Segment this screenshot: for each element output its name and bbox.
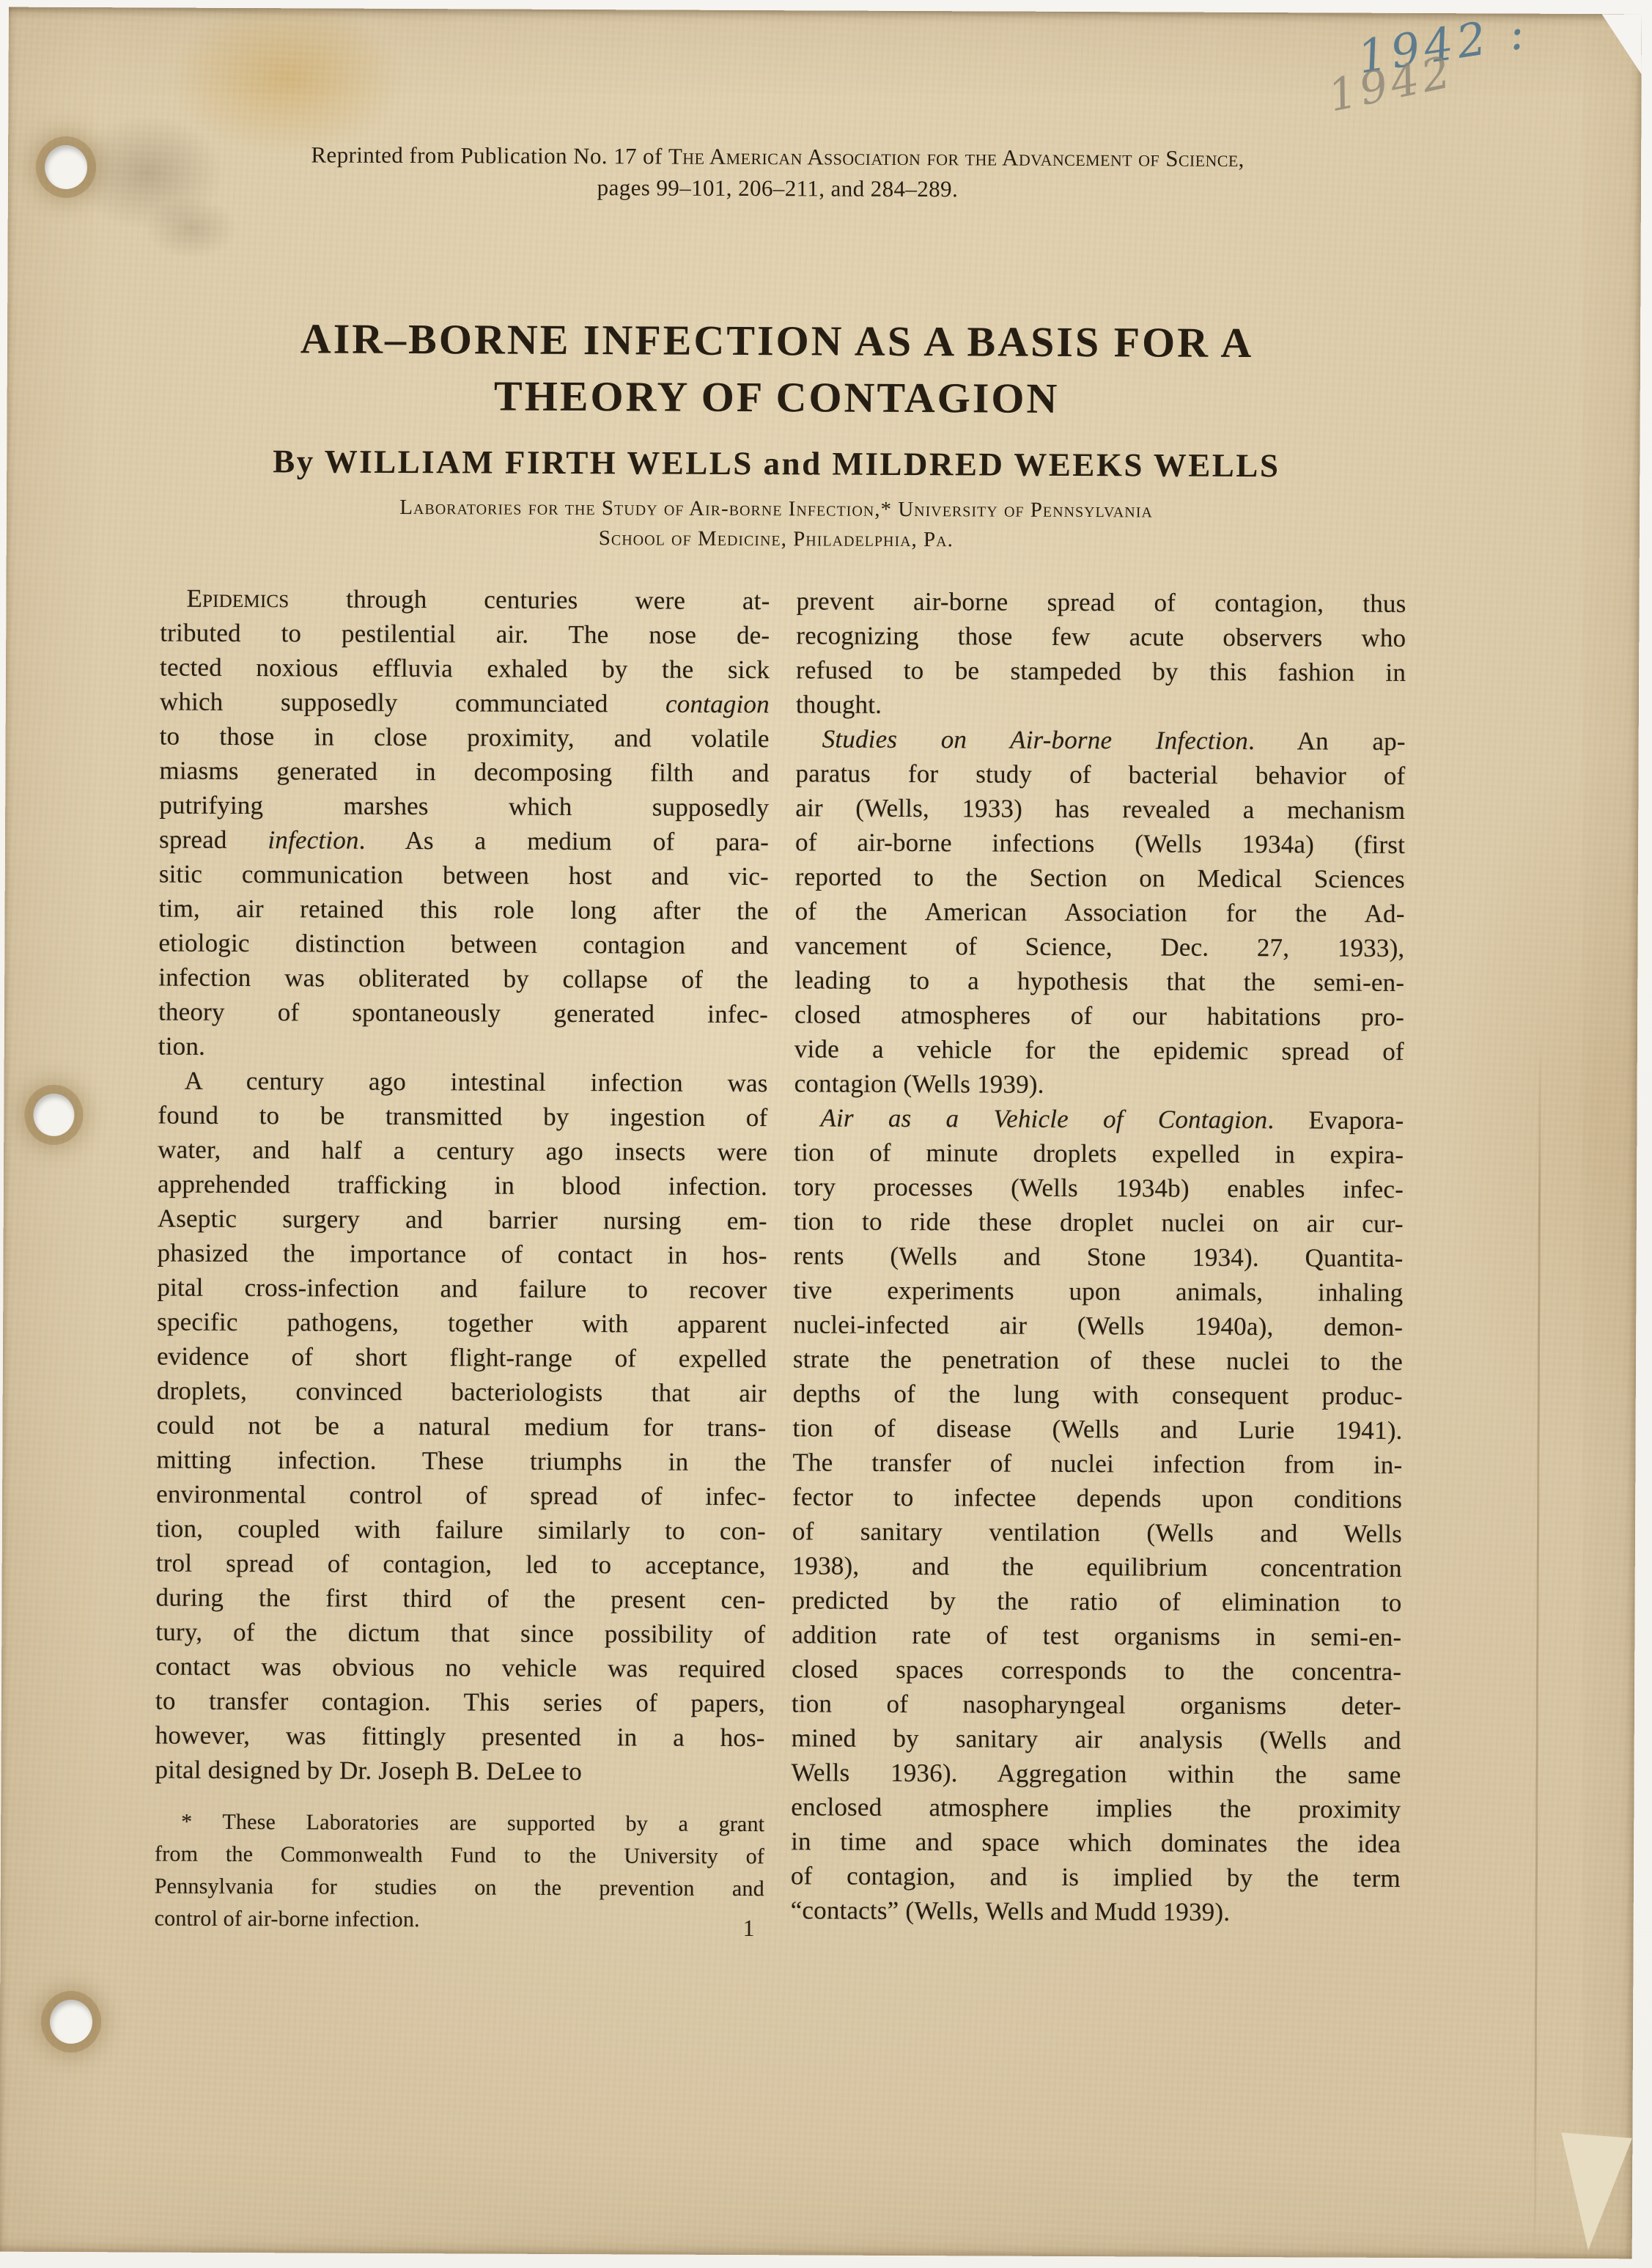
scanner-background: { "document": { "annotations": { "ink_ye… [0,0,1652,2268]
paper-crease [1534,1033,1541,2258]
text-line: paratus for study of bacterial behavior … [795,756,1405,793]
text-line: prevent air-borne spread of contagion, t… [796,583,1406,621]
text-line: tected noxious effluvia exhaled by the s… [160,650,770,688]
punch-hole-middle [33,1094,74,1136]
text-line: which supposedly communciated contagion [160,685,770,722]
punch-hole-top [45,145,87,189]
article-title-line1: AIR–BORNE INFECTION AS A BASIS FOR A [132,309,1422,372]
text-line: tim, air retained this role long after t… [159,891,769,929]
article-title-line2: THEORY OF CONTAGION [132,366,1422,428]
text-line: tion to ride these droplet nuclei on air… [794,1204,1404,1241]
text-line: pital designed by Dr. Joseph B. DeLee to [155,1753,764,1790]
text-line: of air-borne infections (Wells 1934a) (f… [795,825,1405,862]
reprint-notice-line2: pages 99–101, 206–211, and 284–289. [133,169,1423,207]
text-line: recognizing those few acute observers wh… [796,618,1406,655]
text-line: leading to a hypothesis that the semi-en… [794,962,1404,1000]
text-line: tion of minute droplets expelled in expi… [794,1135,1404,1172]
text-line: rents (Wells and Stone 1934). Quantita- [793,1238,1403,1275]
text-line: refused to be stampeded by this fashion … [796,652,1406,690]
text-line: droplets, convinced bacteriologists that… [157,1374,767,1411]
text-line: miasms generated in decomposing filth an… [159,754,769,791]
text-line: evidence of short flight-range of expell… [157,1339,767,1377]
text-line: tributed to pestilential air. The nose d… [160,616,770,653]
text-line: to those in close proximity, and volatil… [160,719,770,756]
text-line: pital cross-infection and failure to rec… [157,1270,767,1308]
paragraph: A century ago intestinal infection wasfo… [155,1064,767,1790]
reprint-notice-line1: Reprinted from Publication No. 17 of The… [133,138,1423,175]
text-line: Aseptic surgery and barrier nursing em- [158,1201,767,1239]
text-line: apprehended trafficking in blood infecti… [158,1167,767,1204]
text-line: spread infection. As a medium of para- [159,822,769,860]
text-line: contact was obvious no vehicle was requi… [155,1649,765,1687]
text-line: vancement of Science, Dec. 27, 1933), [794,928,1404,965]
text-line: during the first third of the present ce… [155,1580,765,1618]
tape-repair-triangle [1555,2122,1636,2254]
text-line: strate the penetration of these nuclei t… [793,1341,1403,1379]
text-line: phasized the importance of contact in ho… [158,1236,767,1273]
scanned-page: 1942 : 1942 Reprinted from Publication N… [0,7,1642,2259]
text-line: infection was obliterated by collapse of… [158,960,768,998]
text-line: to transfer contagion. This series of pa… [155,1684,765,1721]
text-line: * These Laboratories are supported by a … [155,1806,764,1841]
paragraph: Studies on Air-borne Infection. An ap-pa… [794,721,1406,1103]
body-text: Epidemics through centuries were at-trib… [155,581,1406,1940]
text-line: of contagion, and is implied by the term [791,1858,1401,1896]
affiliation-line2: School of Medicine, Philadelphia, Pa. [131,521,1421,557]
text-line: closed atmospheres of our habitations pr… [794,997,1404,1034]
byline: By WILLIAM FIRTH WELLS and MILDRED WEEKS… [131,441,1421,485]
text-line: Pennsylvania for studies on the preventi… [155,1871,764,1906]
article-title: AIR–BORNE INFECTION AS A BASIS FOR A THE… [132,309,1423,428]
text-line: found to be transmitted by ingestion of [158,1098,767,1135]
text-line: tion of disease (Wells and Lurie 1941). [792,1410,1402,1448]
text-line: etiologic distinction between contagion … [158,926,768,963]
text-line: mitting infection. These triumphs in the [156,1443,766,1480]
text-line: specific pathogens, together with appare… [157,1305,767,1342]
text-line: thought. [796,687,1406,724]
handwritten-year-pencil: 1942 [1324,46,1458,122]
text-line: A century ago intestinal infection was [158,1064,768,1101]
text-line: 1938), and the equilibrium concentration [792,1548,1402,1586]
text-line: putrifying marshes which supposedly [159,788,769,825]
text-line: enclosed atmosphere implies the proximit… [791,1789,1401,1827]
text-line: Air as a Vehicle of Contagion. Evapora- [794,1100,1404,1138]
text-line: Epidemics through centuries were at- [160,581,770,619]
text-line: predicted by the ratio of elimination to [792,1583,1401,1620]
text-line: nuclei-infected air (Wells 1940a), demon… [793,1307,1403,1344]
text-line: sitic communication between host and vic… [159,857,769,894]
text-line: vide a vehicle for the epidemic spread o… [794,1031,1404,1069]
text-line: closed spaces corresponds to the concent… [792,1652,1401,1689]
text-line: theory of spontaneously generated infec- [158,995,768,1032]
text-line: however, was fittingly presented in a ho… [155,1718,765,1756]
text-line: mined by sanitary air analysis (Wells an… [792,1720,1401,1758]
text-line: fector to infectee depends upon conditio… [792,1479,1402,1517]
text-line: in time and space which dominates the id… [791,1824,1401,1861]
text-line: Wells 1936). Aggregation within the same [791,1755,1401,1792]
text-line: tury, of the dictum that since possibili… [155,1615,765,1652]
text-line: contagion (Wells 1939). [794,1066,1404,1103]
text-line: addition rate of test organisms in semi-… [792,1617,1401,1654]
text-line: of the American Association for the Ad- [795,894,1405,931]
text-line: from the Commonwealth Fund to the Univer… [155,1838,764,1874]
text-line: water, and half a century ago insects we… [158,1133,767,1170]
reprint-notice: Reprinted from Publication No. 17 of The… [133,138,1423,207]
page-number: 1 [1,1912,1497,1945]
right-column: prevent air-borne spread of contagion, t… [791,583,1406,1930]
torn-corner [1596,14,1642,74]
text-line: Studies on Air-borne Infection. An ap- [796,721,1406,759]
text-line: trol spread of contagion, led to accepta… [156,1546,766,1583]
text-line: of sanitary ventilation (Wells and Wells [792,1514,1402,1551]
text-line: tion. [158,1029,768,1067]
affiliation: Laboratories for the Study of Air-borne … [131,491,1421,557]
text-line: tion of nasopharyngeal organisms deter- [792,1686,1401,1723]
text-line: The transfer of nuclei infection from in… [792,1445,1402,1482]
paragraph: Air as a Vehicle of Contagion. Evapora-t… [791,1100,1404,1930]
paragraph: prevent air-borne spread of contagion, t… [796,583,1406,724]
text-line: environmental control of spread of infec… [156,1477,766,1514]
text-line: tory processes (Wells 1934b) enables inf… [794,1169,1404,1207]
punch-hole-bottom [50,2000,92,2044]
text-line: could not be a natural medium for trans- [156,1408,766,1446]
paragraph: Epidemics through centuries were at-trib… [158,581,770,1067]
text-line: tive experiments upon animals, inhaling [793,1273,1403,1310]
text-line: reported to the Section on Medical Scien… [795,859,1405,896]
left-column: Epidemics through centuries were at-trib… [155,581,770,1938]
text-line: tion, coupled with failure similarly to … [156,1512,766,1549]
text-line: air (Wells, 1933) has revealed a mechani… [795,790,1405,828]
text-line: depths of the lung with consequent produ… [793,1376,1403,1413]
